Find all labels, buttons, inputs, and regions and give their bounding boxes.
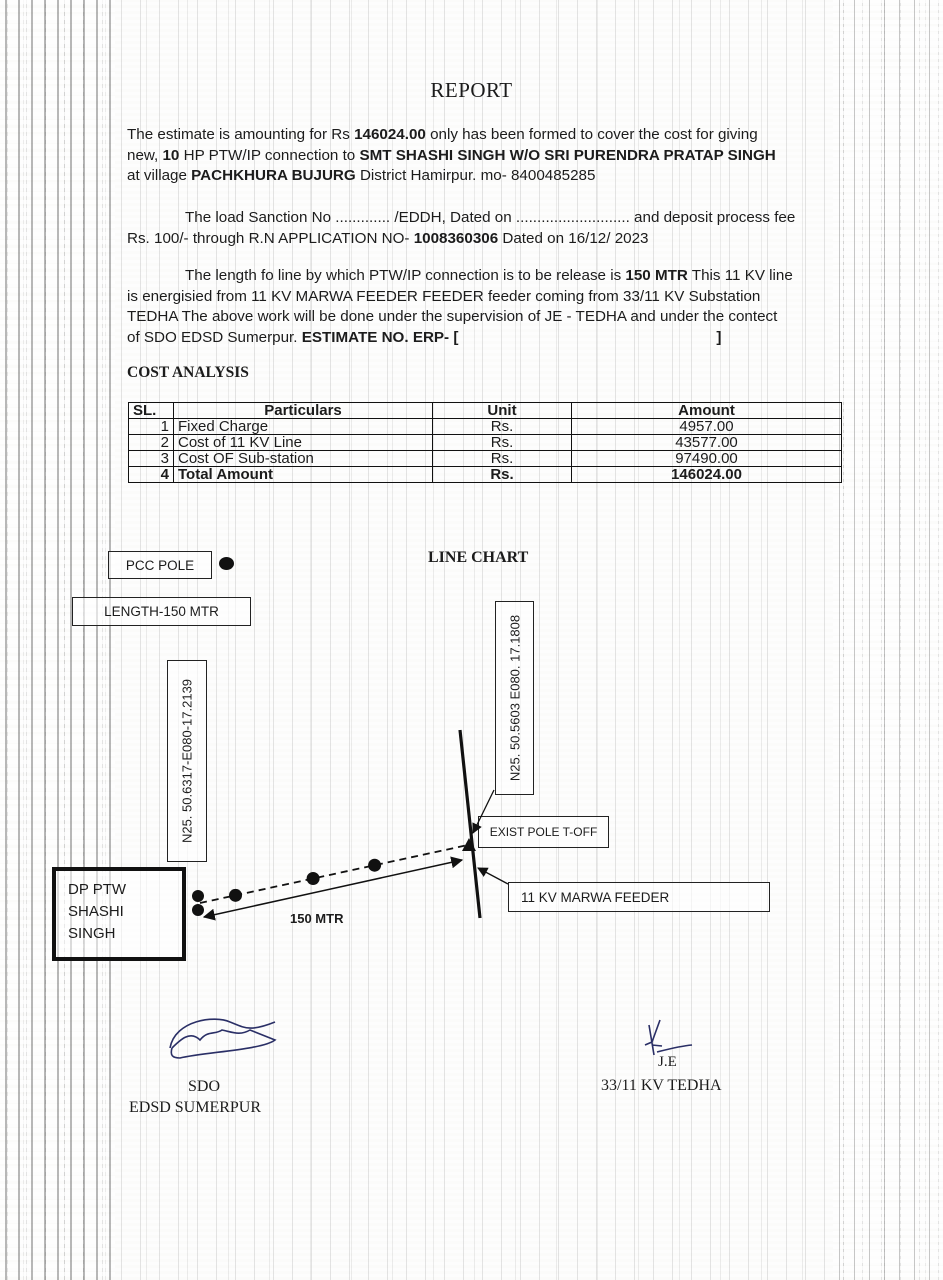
tap-pole-triangle-icon bbox=[462, 838, 476, 851]
pcc-pole-icon bbox=[307, 872, 320, 885]
je-signature bbox=[645, 1020, 692, 1055]
sdo-office: EDSD SUMERPUR bbox=[129, 1099, 261, 1117]
line-diagram bbox=[0, 0, 943, 1280]
pcc-pole-icon bbox=[368, 859, 381, 872]
pcc-pole-icon bbox=[229, 889, 242, 902]
sdo-signature bbox=[170, 1019, 275, 1058]
span-dimension-arrow bbox=[204, 860, 462, 917]
feeder-pointer bbox=[478, 868, 508, 884]
consumer-pole-icon bbox=[192, 890, 204, 902]
coordinate-pointer bbox=[473, 790, 494, 833]
je-title: J.E bbox=[658, 1054, 677, 1071]
consumer-pole-icon bbox=[192, 904, 204, 916]
sdo-title: SDO bbox=[188, 1078, 220, 1096]
je-office: 33/11 KV TEDHA bbox=[601, 1077, 722, 1095]
